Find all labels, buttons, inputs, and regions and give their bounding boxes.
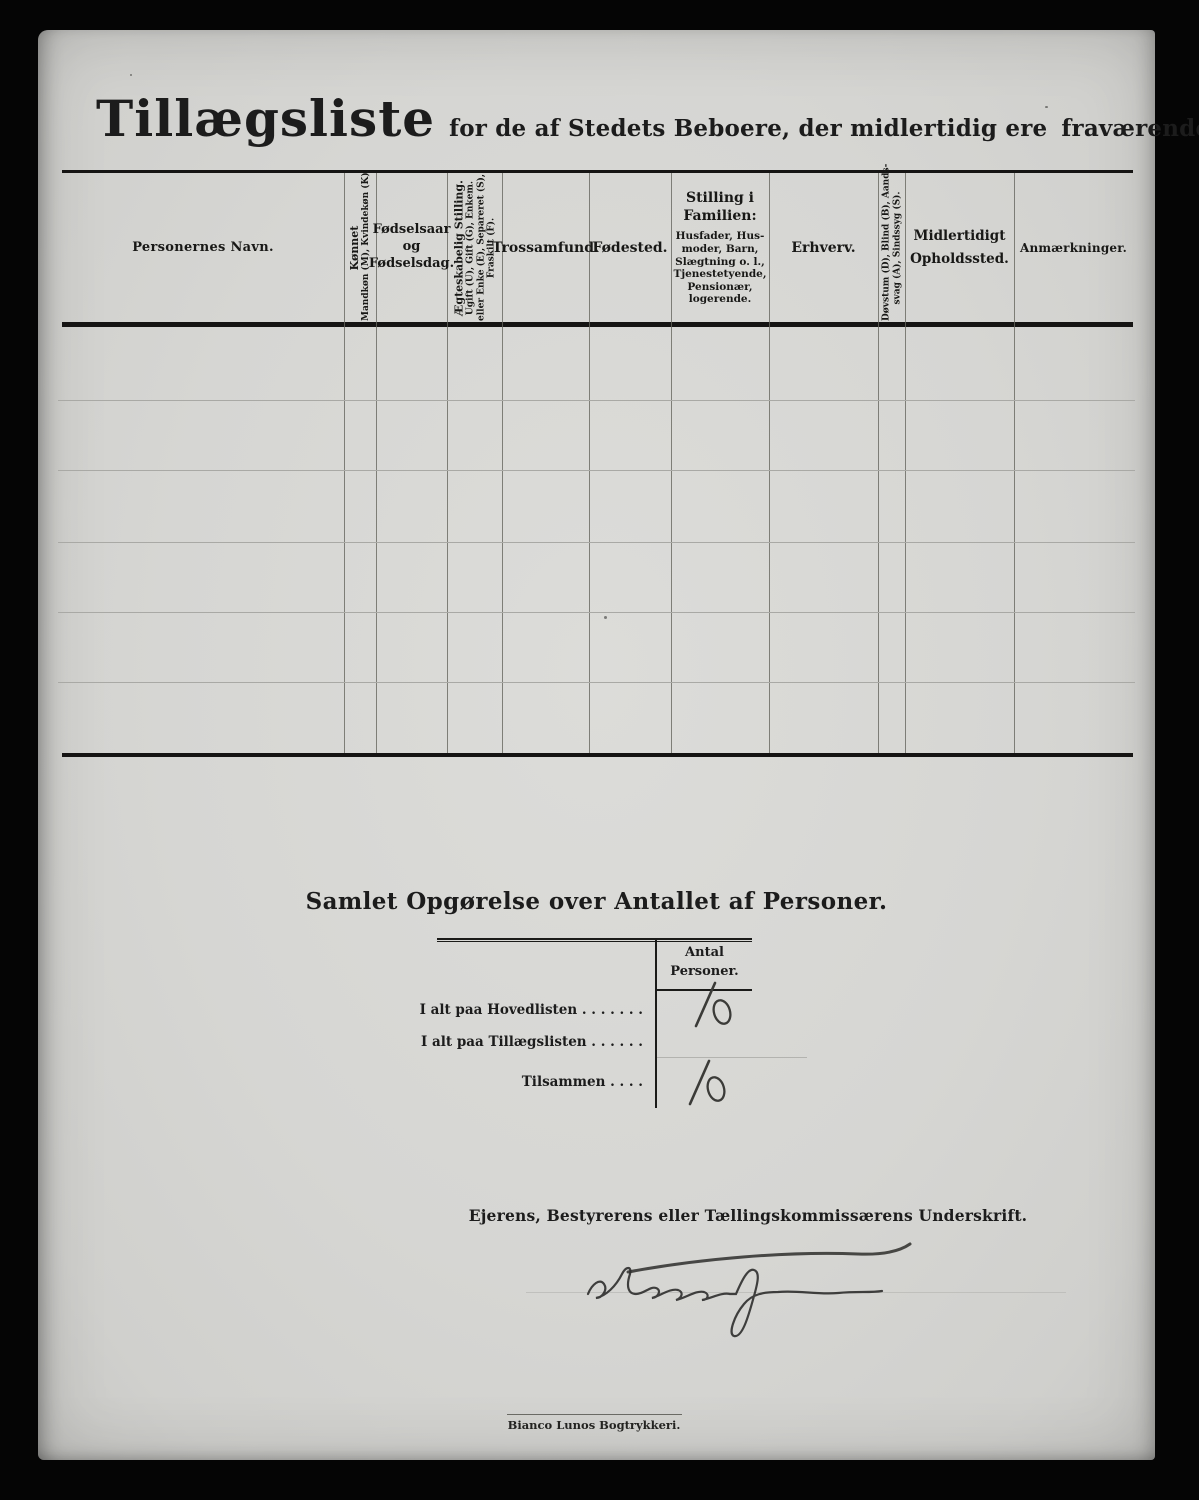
header-cell-faith: Trossamfund.	[502, 173, 589, 322]
column-subtext: Husfader, Hus- moder, Barn, Slægtning o.…	[674, 230, 767, 306]
header-cell-temporary-residence: Midlertidigt Opholdssted.	[905, 173, 1014, 322]
handwritten-count-tilsammen	[678, 1058, 734, 1110]
table-empty-row	[62, 682, 1133, 753]
column-subtext-line: Husfader, Hus-	[674, 230, 767, 243]
column-subtext-line: logerende.	[674, 293, 767, 306]
header-cell-birthplace: Fødested.	[589, 173, 671, 322]
summary-value-text: 10	[38, 30, 39, 31]
header-cell-remarks: Anmærkninger.	[1014, 173, 1133, 322]
rotated-label-line: Kønnet	[348, 175, 361, 321]
title-main: Tillægsliste	[96, 94, 435, 144]
rotated-label-line: Ugift (U), Gift (G), Enkem.	[465, 175, 476, 321]
header-divider-rule	[62, 322, 1133, 327]
header-cell-disability: Døvstum (D), Blind (B), Aands- svag (A),…	[878, 173, 905, 322]
column-subtext-line: Pensionær,	[674, 281, 767, 294]
column-label: Erhverv.	[791, 240, 855, 256]
table-empty-row	[62, 612, 1133, 682]
summary-row-label: I alt paa Hovedlisten . . . . . . .	[188, 1002, 643, 1018]
table-empty-row	[62, 470, 1133, 542]
column-label-line: Fødselsaar	[373, 222, 451, 239]
column-heading-line: Stilling i	[683, 189, 756, 207]
column-label: Personernes Navn.	[132, 240, 274, 255]
header-cell-family-position: Stilling i Familien: Husfader, Hus- mode…	[671, 173, 769, 322]
rotated-label: Kønnet Mandkøn (M), Kvindekøn (K).	[348, 175, 372, 321]
signature-handwriting	[558, 1242, 1118, 1362]
table-rule-bottom	[62, 753, 1133, 757]
ink-speck	[604, 616, 607, 619]
rotated-label: Døvstum (D), Blind (B), Aands- svag (A),…	[881, 175, 902, 321]
header-cell-occupation: Erhverv.	[769, 173, 878, 322]
column-label-line: Midlertidigt	[914, 225, 1006, 247]
rotated-label: Ægteskabelig Stilling. Ugift (U), Gift (…	[452, 175, 497, 321]
column-heading-line: Familien:	[683, 207, 756, 225]
printer-name: Bianco Lunos Bogtrykkeri.	[483, 1418, 705, 1432]
table-empty-row	[62, 400, 1133, 470]
summary-column-header-line: Personer.	[657, 963, 752, 982]
rotated-label-line: eller Enke (E), Separeret (S),	[476, 175, 487, 321]
header-cell-birthdate: Fødselsaar og Fødselsdag.	[376, 173, 447, 322]
header-cell-sex: Kønnet Mandkøn (M), Kvindekøn (K).	[344, 173, 376, 322]
column-label-line: Opholdssted.	[910, 248, 1009, 270]
column-subtext-line: Slægtning o. l.,	[674, 256, 767, 269]
title-subtitle: for de af Stedets Beboere, der midlertid…	[449, 115, 1047, 142]
ink-speck	[1045, 106, 1048, 108]
summary-title: Samlet Opgørelse over Antallet af Person…	[38, 888, 1155, 915]
handwritten-count-hovedlisten	[683, 980, 739, 1032]
column-heading: Stilling i Familien:	[683, 189, 756, 225]
column-label-line: og	[403, 239, 421, 256]
column-subtext-line: Tjenestetyende,	[674, 268, 767, 281]
ink-speck	[130, 74, 132, 76]
signature-label: Ejerens, Bestyrerens eller Tællingskommi…	[438, 1206, 1058, 1225]
summary-row-label: Tilsammen . . . .	[188, 1074, 643, 1090]
photo-black-frame: Tillægsliste for de af Stedets Beboere, …	[0, 0, 1199, 1500]
rotated-label-line: Mandkøn (M), Kvindekøn (K).	[361, 175, 372, 321]
column-subtext-line: moder, Barn,	[674, 243, 767, 256]
summary-column-header-line: Antal	[657, 944, 752, 963]
column-label-line: Fødselsdag.	[369, 256, 454, 273]
page-title: Tillægsliste for de af Stedets Beboere, …	[96, 94, 1199, 144]
table-empty-row	[62, 542, 1133, 612]
rotated-label-line: svag (A), Sindssyg (S).	[892, 175, 903, 321]
column-label: Fødested.	[592, 240, 667, 256]
absence-table: Personernes Navn. Kønnet Mandkøn (M), Kv…	[62, 170, 1133, 758]
rotated-label-line: Ægteskabelig Stilling.	[452, 175, 465, 321]
printer-rule	[507, 1414, 682, 1415]
summary-rule-top	[437, 938, 752, 942]
summary-column-header: Antal Personer.	[657, 944, 752, 982]
title-emphasis: fraværende.	[1061, 115, 1199, 142]
table-empty-row	[62, 328, 1133, 400]
rotated-label-line: Døvstum (D), Blind (B), Aands-	[881, 175, 892, 321]
header-cell-name: Personernes Navn.	[62, 173, 344, 322]
summary-row-label: I alt paa Tillægslisten . . . . . .	[188, 1034, 643, 1050]
column-label: Anmærkninger.	[1020, 241, 1127, 255]
scan-page: Tillægsliste for de af Stedets Beboere, …	[38, 30, 1155, 1460]
column-label: Trossamfund.	[492, 240, 599, 256]
summary-value-text: 10	[38, 30, 39, 31]
